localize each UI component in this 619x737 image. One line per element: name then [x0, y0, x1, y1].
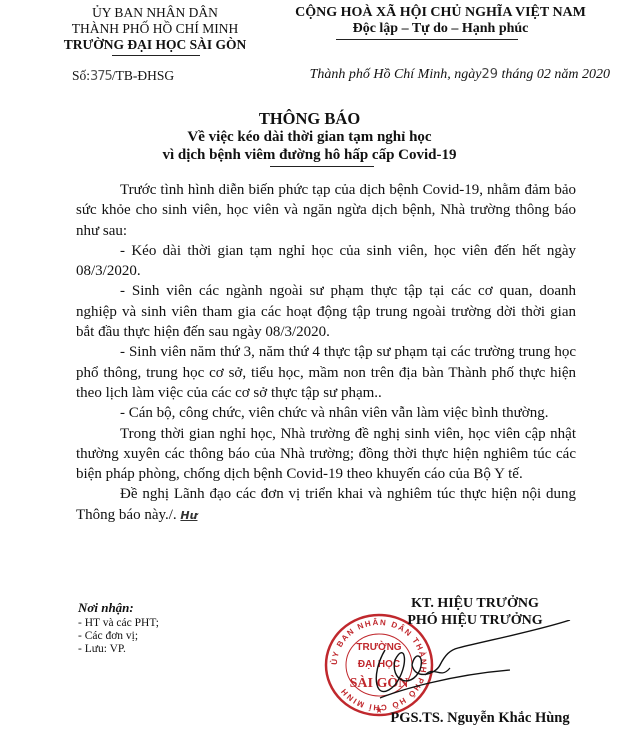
recipient-item: - HT và các PHT; [78, 617, 159, 630]
initials: Hư [180, 509, 197, 522]
recipients: Nơi nhận: - HT và các PHT; - Các đơn vị;… [78, 601, 159, 656]
handwritten-day: 29 [481, 67, 498, 82]
divider [336, 39, 518, 40]
university-name: TRƯỜNG ĐẠI HỌC SÀI GÒN [55, 37, 255, 53]
authority-line-2: THÀNH PHỐ HỒ CHÍ MINH [55, 21, 255, 37]
motto: Độc lập – Tự do – Hạnh phúc [268, 21, 613, 37]
issuing-authority: ỦY BAN NHÂN DÂN THÀNH PHỐ HỒ CHÍ MINH TR… [55, 5, 255, 53]
recipients-label: Nơi nhận: [78, 601, 159, 614]
paragraph: Trước tình hình diễn biến phức tạp của d… [76, 180, 576, 241]
paragraph: - Kéo dài thời gian tạm nghỉ học của sin… [76, 241, 576, 282]
date-line: Thành phố Hồ Chí Minh, ngày29 tháng 02 n… [268, 67, 613, 83]
paragraph: - Cán bộ, công chức, viên chức và nhân v… [76, 403, 576, 423]
paragraph: Đề nghị Lãnh đạo các đơn vị triển khai v… [76, 484, 576, 526]
document-subject: Về việc kéo dài thời gian tạm nghỉ học v… [100, 128, 519, 164]
country-name: CỘNG HOÀ XÃ HỘI CHỦ NGHĨA VIỆT NAM [268, 5, 613, 21]
national-motto: CỘNG HOÀ XÃ HỘI CHỦ NGHĨA VIỆT NAM Độc l… [268, 5, 613, 37]
handwritten-signature [340, 620, 610, 710]
paragraph: - Sinh viên các ngành ngoài sư phạm thực… [76, 281, 576, 342]
document-number: Số:375/TB-ĐHSG [72, 68, 174, 84]
recipient-item: - Các đơn vị; [78, 630, 159, 643]
paragraph: - Sinh viên năm thứ 3, năm thứ 4 thực tậ… [76, 342, 576, 403]
divider [270, 166, 374, 167]
signer-line-1: KT. HIỆU TRƯỞNG [360, 595, 590, 612]
signer-name: PGS.TS. Nguyễn Khắc Hùng [345, 710, 615, 727]
divider [112, 55, 200, 56]
recipient-item: - Lưu: VP. [78, 643, 159, 656]
document-title: THÔNG BÁO [100, 110, 519, 128]
document-body: Trước tình hình diễn biến phức tạp của d… [76, 180, 576, 526]
handwritten-number: 375 [90, 69, 112, 84]
authority-line-1: ỦY BAN NHÂN DÂN [55, 5, 255, 21]
paragraph: Trong thời gian nghỉ học, Nhà trường đề … [76, 424, 576, 485]
